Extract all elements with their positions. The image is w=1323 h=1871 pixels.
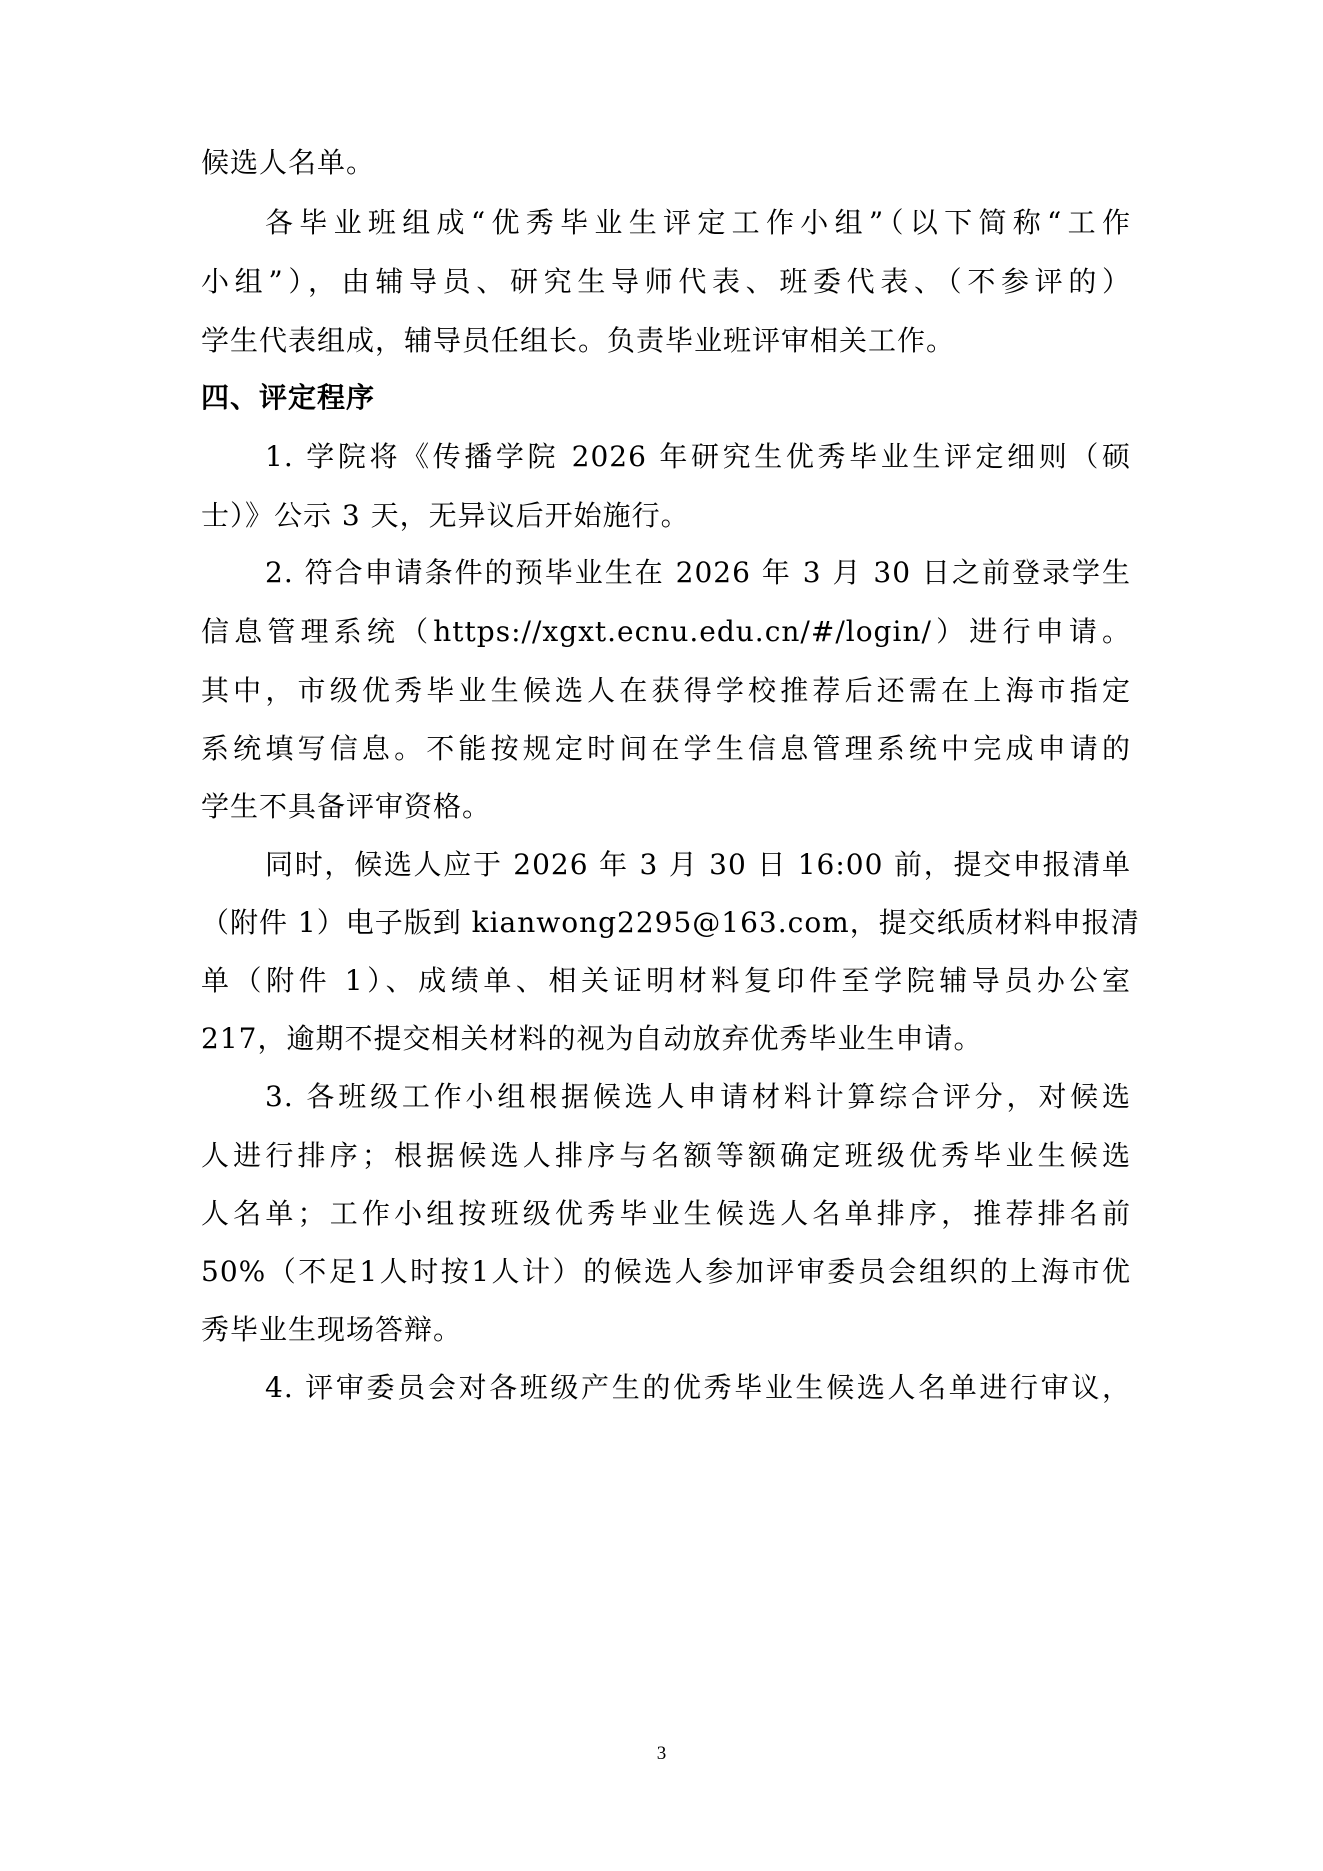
paragraph-line: 同时，候选人应于 2026 年 3 月 30 日 16:00 前，提交申报清单 [265,845,1131,885]
paragraph-line: 学生不具备评审资格。 [201,787,1131,827]
paragraph-line: （附件 1）电子版到 kianwong2295@163.com，提交纸质材料申报… [201,903,1131,943]
page-number: 3 [0,1743,1323,1765]
paragraph-line: 217，逾期不提交相关材料的视为自动放弃优秀毕业生申请。 [201,1019,1131,1059]
paragraph-line: 信息管理系统（https://xgxt.ecnu.edu.cn/#/login/… [201,612,1131,652]
paragraph-line: 系统填写信息。不能按规定时间在学生信息管理系统中完成申请的 [201,729,1131,769]
document-page: 候选人名单。 各毕业班组成“优秀毕业生评定工作小组”（以下简称“工作 小组”），… [0,0,1323,1871]
paragraph-line: 2. 符合申请条件的预毕业生在 2026 年 3 月 30 日之前登录学生 [265,553,1131,593]
paragraph-line: 4. 评审委员会对各班级产生的优秀毕业生候选人名单进行审议， [265,1368,1131,1408]
paragraph-line: 学生代表组成，辅导员任组长。负责毕业班评审相关工作。 [201,321,1131,361]
paragraph-line: 各毕业班组成“优秀毕业生评定工作小组”（以下简称“工作 [265,203,1131,243]
paragraph-line: 秀毕业生现场答辩。 [201,1310,1131,1350]
paragraph-line: 人进行排序；根据候选人排序与名额等额确定班级优秀毕业生候选 [201,1136,1131,1176]
paragraph-line: 候选人名单。 [201,143,1131,183]
paragraph-line: 其中，市级优秀毕业生候选人在获得学校推荐后还需在上海市指定 [201,671,1131,711]
section-heading: 四、评定程序 [201,378,1131,418]
paragraph-line: 小组”），由辅导员、研究生导师代表、班委代表、（不参评的） [201,262,1131,302]
paragraph-line: 人名单；工作小组按班级优秀毕业生候选人名单排序，推荐排名前 [201,1194,1131,1234]
paragraph-line: 1. 学院将《传播学院 2026 年研究生优秀毕业生评定细则（硕 [265,437,1131,477]
paragraph-line: 50%（不足1人时按1人计）的候选人参加评审委员会组织的上海市优 [201,1252,1131,1292]
paragraph-line: 单（附件 1）、成绩单、相关证明材料复印件至学院辅导员办公室 [201,961,1131,1001]
paragraph-line: 士）》公示 3 天，无异议后开始施行。 [201,496,1131,536]
paragraph-line: 3. 各班级工作小组根据候选人申请材料计算综合评分，对候选 [265,1077,1131,1117]
